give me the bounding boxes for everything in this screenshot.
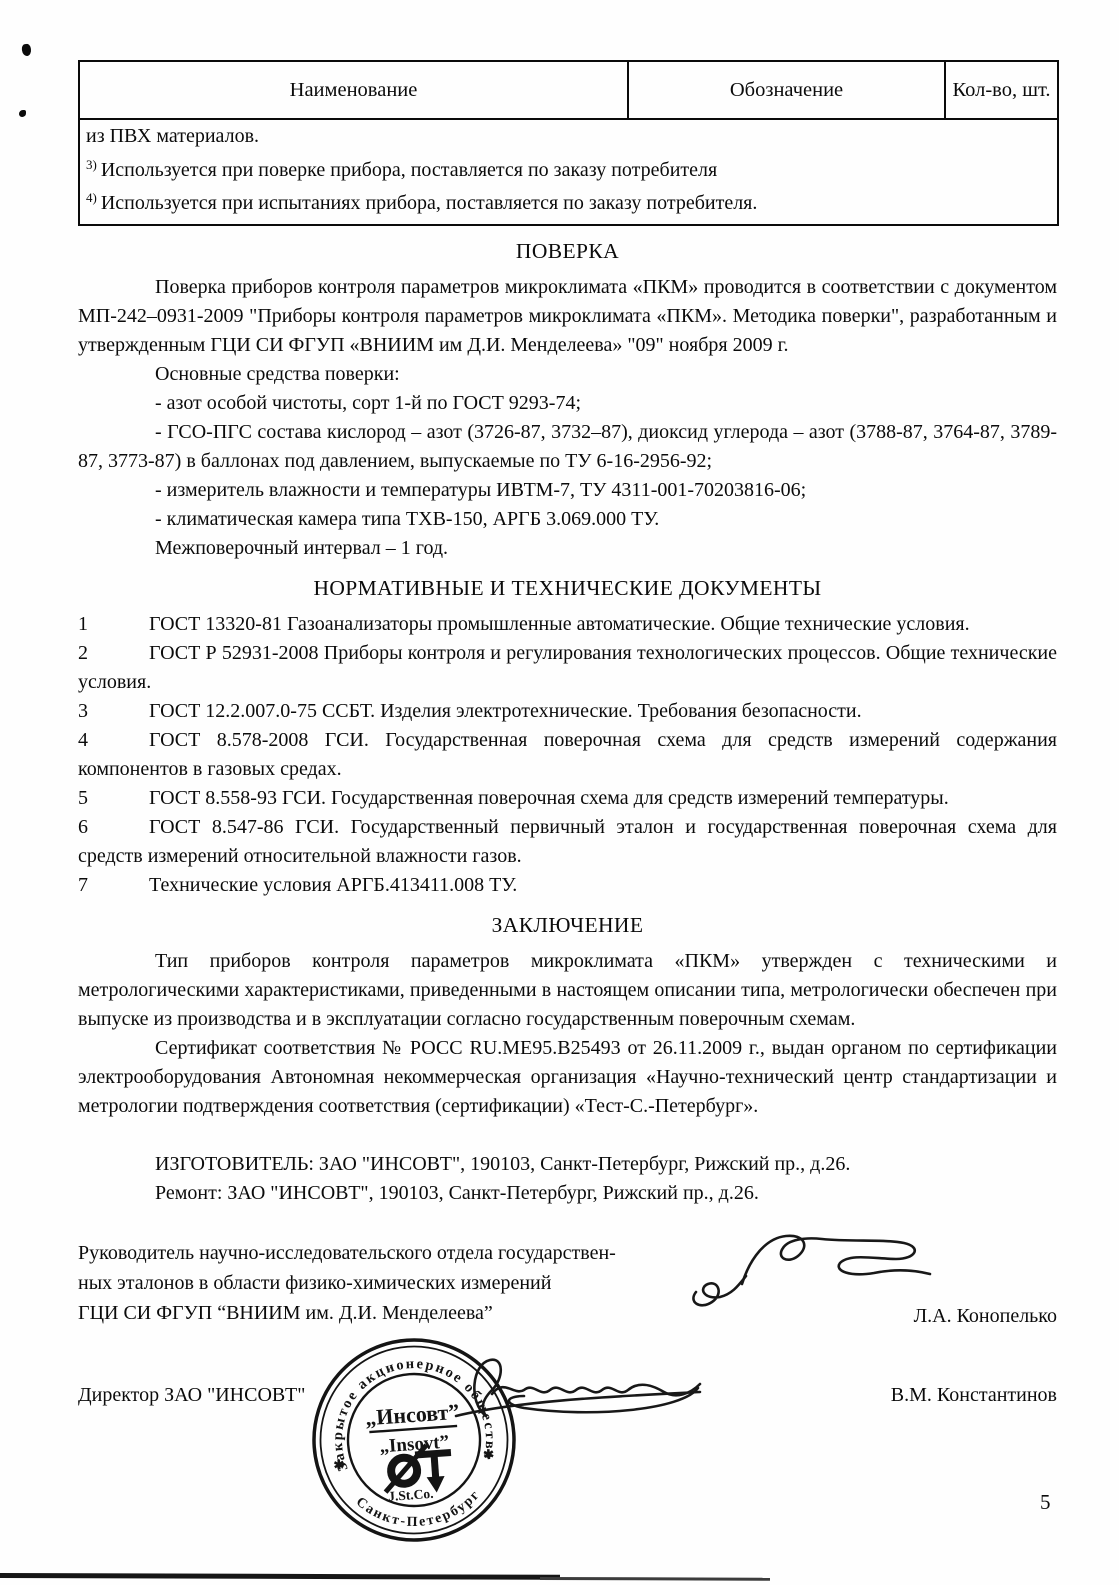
handwritten-signature-konopelko	[688, 1230, 938, 1315]
repair-line: Ремонт: ЗАО "ИНСОВТ", 190103, Санкт-Пете…	[78, 1179, 1057, 1208]
doc-item: 6ГОСТ 8.547-86 ГСИ. Государственный перв…	[78, 813, 1057, 871]
col-header-name: Наименование	[79, 61, 628, 119]
doc-item-number: 2	[78, 639, 149, 668]
poverka-line: - ГСО-ПГС состава кислород – азот (3726-…	[78, 418, 1057, 476]
page-number: 5	[1040, 1490, 1051, 1515]
doc-item-number: 3	[78, 697, 149, 726]
ink-speck	[19, 110, 26, 117]
scan-artifact-line	[540, 1577, 770, 1581]
note-superscript: 4)	[86, 190, 97, 205]
table-note: 4)Используется при испытаниях прибора, п…	[86, 184, 1051, 218]
doc-item: 5ГОСТ 8.558-93 ГСИ. Государственная пове…	[78, 784, 1057, 813]
doc-item-number: 6	[78, 813, 149, 842]
poverka-line: - измеритель влажности и температуры ИВТ…	[78, 476, 1057, 505]
stamp-star-icon: ✱	[483, 1446, 497, 1462]
note-text: Используется при испытаниях прибора, пос…	[101, 192, 758, 214]
doc-item-number: 4	[78, 726, 149, 755]
doc-item-text: ГОСТ 13320-81 Газоанализаторы промышленн…	[149, 613, 970, 635]
table-notes-cell: из ПВХ материалов. 3)Используется при по…	[79, 119, 1058, 225]
doc-item: 4ГОСТ 8.578-2008 ГСИ. Государственная по…	[78, 726, 1057, 784]
doc-item-text: ГОСТ 8.547-86 ГСИ. Государственный перви…	[78, 816, 1057, 867]
poverka-line: - климатическая камера типа ТХВ-150, АРГ…	[78, 505, 1057, 534]
table-note: 3)Используется при поверке прибора, пост…	[86, 151, 1051, 185]
doc-item: 1ГОСТ 13320-81 Газоанализаторы промышлен…	[78, 610, 1057, 639]
doc-item-number: 1	[78, 610, 149, 639]
manufacturer-line: ИЗГОТОВИТЕЛЬ: ЗАО "ИНСОВТ", 190103, Санк…	[78, 1150, 1057, 1179]
conclusion-paragraph-1: Тип приборов контроля параметров микрокл…	[78, 947, 1057, 1034]
scan-artifact-line	[0, 1573, 560, 1580]
doc-item: 7Технические условия АРГБ.413411.008 ТУ.	[78, 871, 1057, 900]
doc-item-text: Технические условия АРГБ.413411.008 ТУ.	[149, 874, 517, 896]
note-text: из ПВХ материалов.	[86, 125, 259, 147]
doc-item-number: 7	[78, 871, 149, 900]
handwritten-signature-konstantinov	[452, 1350, 704, 1430]
table-notes-row: из ПВХ материалов. 3)Используется при по…	[79, 119, 1058, 225]
stamp-abbr: J.St.Co.	[388, 1486, 434, 1504]
doc-item-text: ГОСТ 8.558-93 ГСИ. Государственная повер…	[149, 787, 949, 809]
note-text: Используется при поверке прибора, постав…	[101, 159, 717, 181]
poverka-line: Основные средства поверки:	[78, 360, 1057, 389]
section-title-docs: НОРМАТИВНЫЕ И ТЕХНИЧЕСКИЕ ДОКУМЕНТЫ	[78, 576, 1057, 601]
signatory-title: Руководитель научно-исследовательского о…	[78, 1238, 738, 1328]
poverka-line: - азот особой чистоты, сорт 1-й по ГОСТ …	[78, 389, 1057, 418]
director-name: В.М. Константинов	[891, 1384, 1057, 1407]
signatory-title-line: Руководитель научно-исследовательского о…	[78, 1238, 738, 1268]
scanned-document-page: Наименование Обозначение Кол-во, шт. из …	[0, 0, 1119, 1585]
doc-item-number: 5	[78, 784, 149, 813]
doc-item: 2ГОСТ Р 52931-2008 Приборы контроля и ре…	[78, 639, 1057, 697]
ink-speck	[21, 43, 32, 56]
col-header-designation: Обозначение	[628, 61, 945, 119]
doc-item-text: ГОСТ 8.578-2008 ГСИ. Государственная пов…	[78, 729, 1057, 780]
director-title: Директор ЗАО "ИНСОВТ"	[78, 1384, 305, 1407]
poverka-line: Межповерочный интервал – 1 год.	[78, 534, 1057, 563]
section-title-conclusion: ЗАКЛЮЧЕНИЕ	[78, 913, 1057, 938]
conclusion-paragraph-2: Сертификат соответствия № РОСС RU.ME95.B…	[78, 1034, 1057, 1121]
stamp-star-icon: ✱	[333, 1457, 347, 1473]
section-title-poverka: ПОВЕРКА	[78, 239, 1057, 264]
doc-item: 3ГОСТ 12.2.007.0-75 ССБТ. Изделия электр…	[78, 697, 1057, 726]
signatory-title-line: ных эталонов в области физико-химических…	[78, 1268, 738, 1298]
document-content: Наименование Обозначение Кол-во, шт. из …	[78, 0, 1057, 1208]
table-header-row: Наименование Обозначение Кол-во, шт.	[79, 61, 1058, 119]
poverka-paragraph: Поверка приборов контроля параметров мик…	[78, 273, 1057, 360]
components-table: Наименование Обозначение Кол-во, шт. из …	[78, 60, 1059, 226]
doc-item-text: ГОСТ Р 52931-2008 Приборы контроля и рег…	[78, 642, 1057, 693]
signatory-title-line: ГЦИ СИ ФГУП “ВНИИМ им. Д.И. Менделеева”	[78, 1298, 738, 1328]
note-superscript: 3)	[86, 157, 97, 172]
table-note: из ПВХ материалов.	[86, 123, 1051, 151]
col-header-quantity: Кол-во, шт.	[945, 61, 1058, 119]
doc-item-text: ГОСТ 12.2.007.0-75 ССБТ. Изделия электро…	[149, 700, 862, 722]
